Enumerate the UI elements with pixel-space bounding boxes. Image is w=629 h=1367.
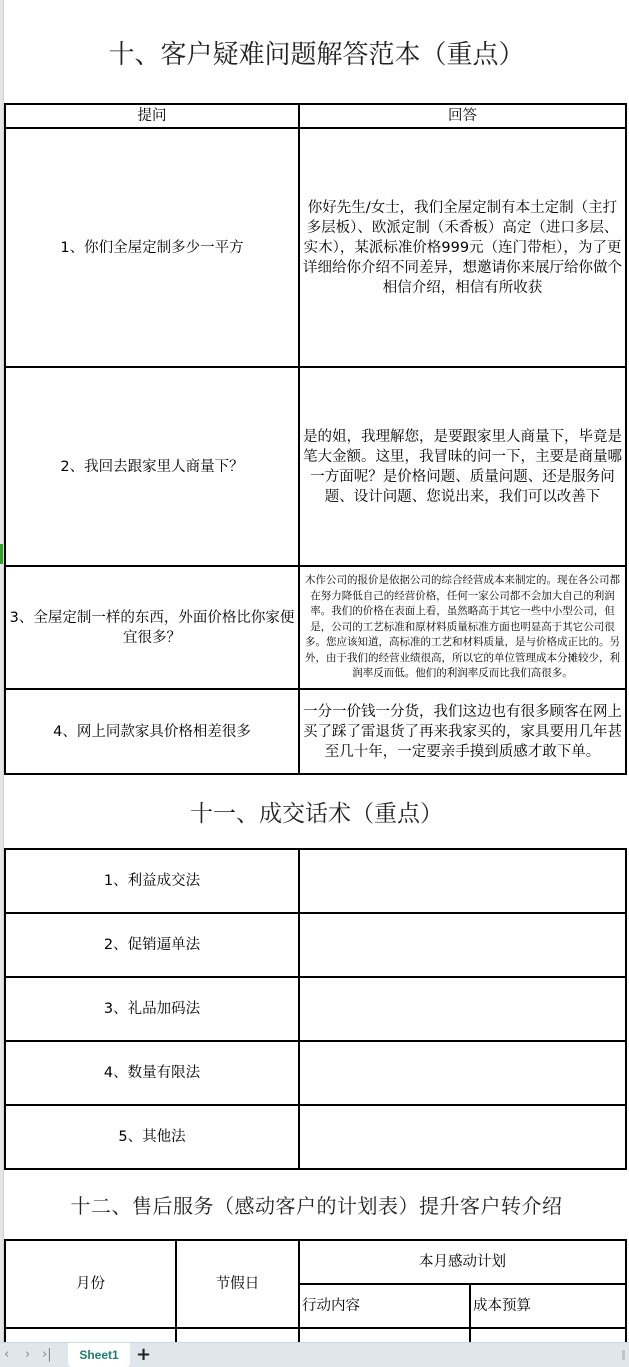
header-month[interactable]: 月份 [4,1239,177,1329]
closing-method-4-value[interactable] [298,1040,627,1106]
last-sheet-button[interactable]: ›| [42,1347,52,1362]
closing-method-4[interactable]: 4、数量有限法 [4,1040,300,1106]
header-action-content[interactable]: 行动内容 [298,1283,471,1329]
closing-method-2-value[interactable] [298,912,627,978]
header-answer[interactable]: 回答 [298,103,627,129]
header-holiday[interactable]: 节假日 [175,1239,300,1329]
question-cell-4[interactable]: 4、网上同款家具价格相差很多 [4,688,300,775]
header-monthly-plan[interactable]: 本月感动计划 [298,1239,627,1285]
closing-method-1[interactable]: 1、利益成交法 [4,848,300,914]
holiday-cell[interactable] [175,1327,300,1342]
closing-method-1-value[interactable] [298,848,627,914]
closing-method-3[interactable]: 3、礼品加码法 [4,976,300,1042]
answer-cell-2[interactable]: 是的姐，我理解您，是要跟家里人商量下，毕竟是笔大金额。这里，我冒昧的问一下，主要… [298,366,627,567]
answer-cell-3[interactable]: 木作公司的报价是依据公司的综合经营成本来制定的。现在各公司都在努力降低自己的经营… [298,565,627,690]
spreadsheet-grid: 十、客户疑难问题解答范本（重点） 提问 回答 1、你们全屋定制多少一平方 你好先… [0,0,629,1342]
prev-sheet-button[interactable]: ‹ [4,1347,9,1362]
action-content-cell[interactable] [298,1327,471,1342]
month-cell[interactable] [4,1327,177,1342]
question-cell-3[interactable]: 3、全屋定制一样的东西，外面价格比你家便宜很多？ [4,565,300,690]
cost-budget-cell[interactable] [469,1327,627,1342]
question-cell-1[interactable]: 1、你们全屋定制多少一平方 [4,127,300,368]
closing-method-2[interactable]: 2、促销逼单法 [4,912,300,978]
add-sheet-button[interactable]: + [136,1344,151,1365]
question-cell-2[interactable]: 2、我回去跟家里人商量下？ [4,366,300,567]
closing-method-5[interactable]: 5、其他法 [4,1104,300,1170]
section-12-title[interactable]: 十二、售后服务（感动客户的计划表）提升客户转介绍 [4,1170,629,1239]
active-row-marker [0,544,3,564]
section-11-title[interactable]: 十一、成交话术（重点） [4,775,629,848]
closing-method-3-value[interactable] [298,976,627,1042]
answer-cell-1[interactable]: 你好先生/女士，我们全屋定制有本土定制（主打多层板）、欧派定制（禾香板）高定（进… [298,127,627,368]
closing-method-5-value[interactable] [298,1104,627,1170]
next-sheet-button[interactable]: › [25,1347,30,1362]
header-cost-budget[interactable]: 成本预算 [469,1283,627,1329]
sheet-tab-bar: ‹ › ›| Sheet1 + [0,1342,629,1367]
header-question[interactable]: 提问 [4,103,300,129]
answer-cell-4[interactable]: 一分一价钱一分货，我们这边也有很多顾客在网上买了踩了雷退货了再来我家买的，家具要… [298,688,627,775]
horizontal-scrollbar[interactable] [622,1350,625,1360]
sheet-tab-sheet1[interactable]: Sheet1 [68,1343,130,1367]
section-10-title[interactable]: 十、客户疑难问题解答范本（重点） [4,0,629,104]
